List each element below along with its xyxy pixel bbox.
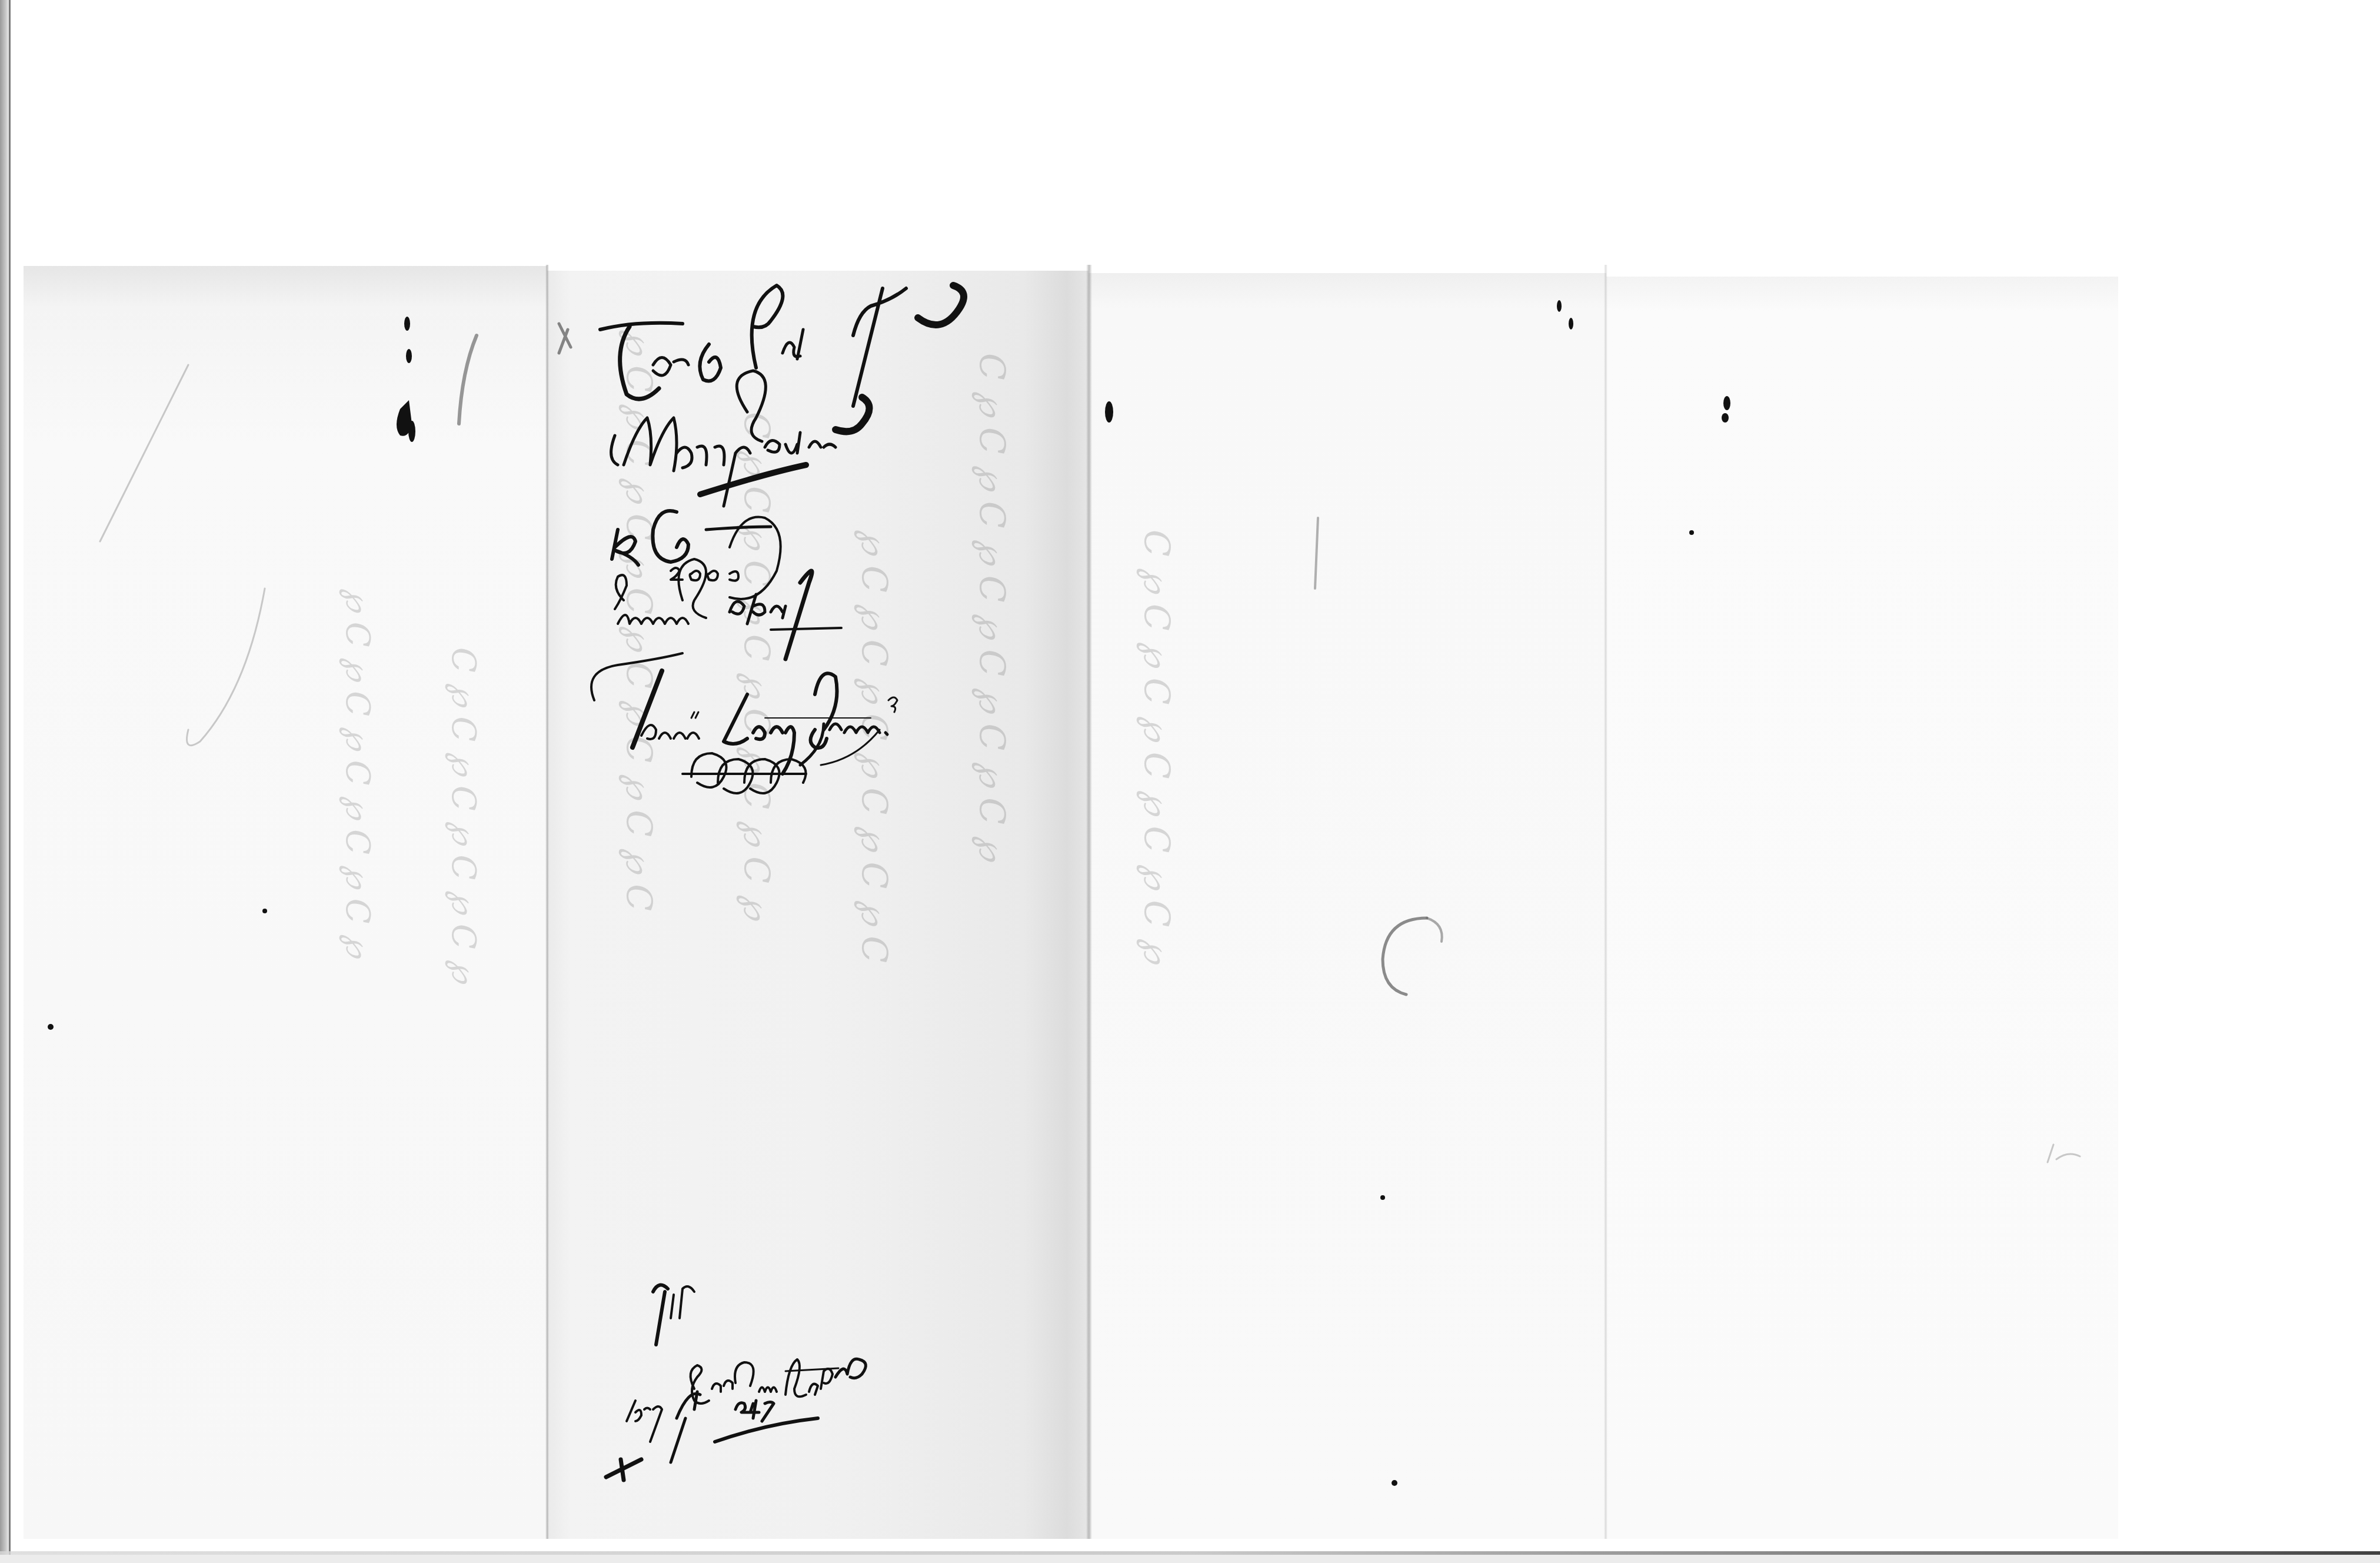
docket-acreage: 200 a <box>671 562 737 589</box>
entry-note-folio-number: 247 <box>735 1395 803 1436</box>
bottom-scan-band <box>0 1555 2380 1563</box>
scanner-edge-strip <box>0 0 9 1563</box>
docket-line-6: Benn Long Exam. <box>612 689 1034 743</box>
bleed-through-text-2: C ℘ C ℘ C ℘ C ℘ C ℘ C ℘ C ℘ <box>735 412 777 919</box>
docket-line-3: K C <box>612 512 698 567</box>
entry-note-pass: Pass <box>653 1289 733 1330</box>
fold-line-1 <box>545 265 549 1539</box>
fold-line-2 <box>1086 265 1092 1539</box>
entry-note-entered: Entered in Lib. N.S. <box>688 1354 1043 1395</box>
entry-note-x-mark: × <box>612 1454 641 1495</box>
bleed-through-text-5: C ℘ C ℘ C ℘ C ℘ C ℘ C ℘ <box>1136 530 1177 963</box>
panel-far-right <box>1606 277 2118 1539</box>
docket-line-2: Massey Center <box>612 412 970 467</box>
scanner-edge-line <box>9 0 11 1563</box>
right-panel-curve-mark: C <box>1377 906 1444 1009</box>
fold-line-3 <box>1604 265 1607 1539</box>
docket-line-1: Ter & Plat of <box>600 318 904 373</box>
signature-paraph: ~~~~ <box>688 753 807 794</box>
bleed-through-text-6: ℘ C ℘ C ℘ C ℘ C ℘ C ℘ <box>338 588 377 957</box>
docket-line-5: Examined & passed <box>612 588 1026 637</box>
docket-line-6-superscript: r <box>888 694 897 715</box>
bleed-through-text-7: C ℘ C ℘ C ℘ C ℘ C ℘ <box>444 647 482 983</box>
document-paper <box>24 265 2118 1539</box>
